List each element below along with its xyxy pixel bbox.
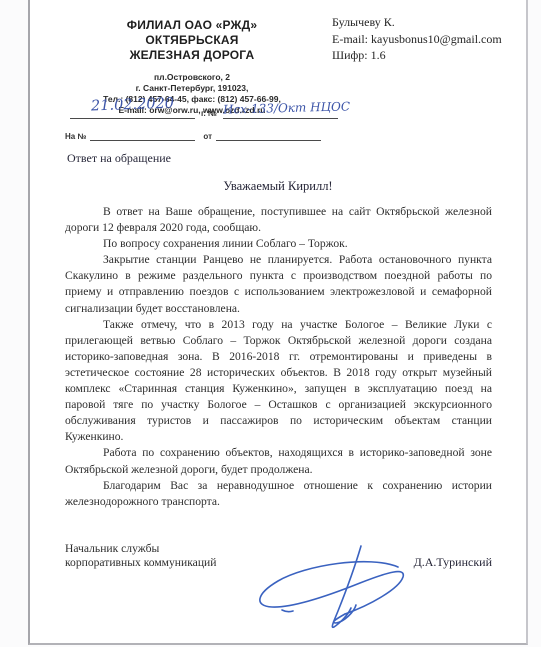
paragraph-2: По вопросу сохранения линии Соблаго – То… bbox=[65, 236, 492, 252]
org-name-line2: ОКТЯБРЬСКАЯ bbox=[60, 33, 324, 48]
outgoing-date-field: 21.02.2020 bbox=[70, 96, 195, 119]
salutation: Уважаемый Кирилл! bbox=[65, 179, 491, 194]
org-address-line1: пл.Островского, 2 bbox=[60, 72, 324, 83]
signer-position: Начальник службы корпоративных коммуника… bbox=[65, 542, 216, 570]
org-address-line2: г. Санкт-Петербург, 191023, bbox=[60, 83, 324, 94]
paragraph-1: В ответ на Ваше обращение, поступившее н… bbox=[65, 204, 492, 236]
signer-position-line1: Начальник службы bbox=[65, 542, 216, 556]
paragraph-4: Также отмечу, что в 2013 году на участке… bbox=[65, 317, 492, 446]
reply-number-blank bbox=[90, 130, 195, 141]
letter-subject: Ответ на обращение bbox=[67, 151, 171, 166]
reference-row: 21.02.2020 г. № Исх-133/Окт НЦОС bbox=[60, 96, 370, 124]
org-name-line3: ЖЕЛЕЗНАЯ ДОРОГА bbox=[60, 48, 324, 63]
handwritten-number: Исх-133/Окт НЦОС bbox=[223, 99, 350, 116]
reply-from-label: от bbox=[203, 132, 212, 141]
reply-reference-row: На №от bbox=[65, 130, 365, 144]
recipient-name: Булычеву К. bbox=[332, 14, 522, 31]
recipient-block: Булычеву К. E-mail: kayusbonus10@gmail.c… bbox=[332, 14, 522, 64]
paragraph-6: Благодарим Вас за неравнодушное отношени… bbox=[65, 478, 492, 510]
reply-date-blank bbox=[216, 130, 321, 141]
signer-name: Д.А.Туринский bbox=[330, 555, 492, 570]
outgoing-number-field: Исх-133/Окт НЦОС bbox=[223, 96, 338, 119]
recipient-cipher: Шифр: 1.6 bbox=[332, 47, 522, 64]
date-suffix-label: г. № bbox=[201, 109, 217, 118]
document-sheet: ФИЛИАЛ ОАО «РЖД» ОКТЯБРЬСКАЯ ЖЕЛЕЗНАЯ ДО… bbox=[28, 0, 528, 645]
paragraph-5: Работа по сохранению объектов, находящих… bbox=[65, 445, 492, 477]
scanned-letter: { "letterhead": { "org_line1": "ФИЛИАЛ О… bbox=[0, 0, 541, 647]
signer-position-line2: корпоративных коммуникаций bbox=[65, 556, 216, 570]
handwritten-date: 21.02.2020 bbox=[91, 96, 175, 115]
recipient-email: E-mail: kayusbonus10@gmail.com bbox=[332, 31, 522, 48]
letter-body: В ответ на Ваше обращение, поступившее н… bbox=[65, 204, 492, 510]
paragraph-3: Закрытие станции Ранцево не планируется.… bbox=[65, 252, 492, 316]
reply-to-label: На № bbox=[65, 132, 86, 141]
org-name-line1: ФИЛИАЛ ОАО «РЖД» bbox=[60, 18, 324, 33]
